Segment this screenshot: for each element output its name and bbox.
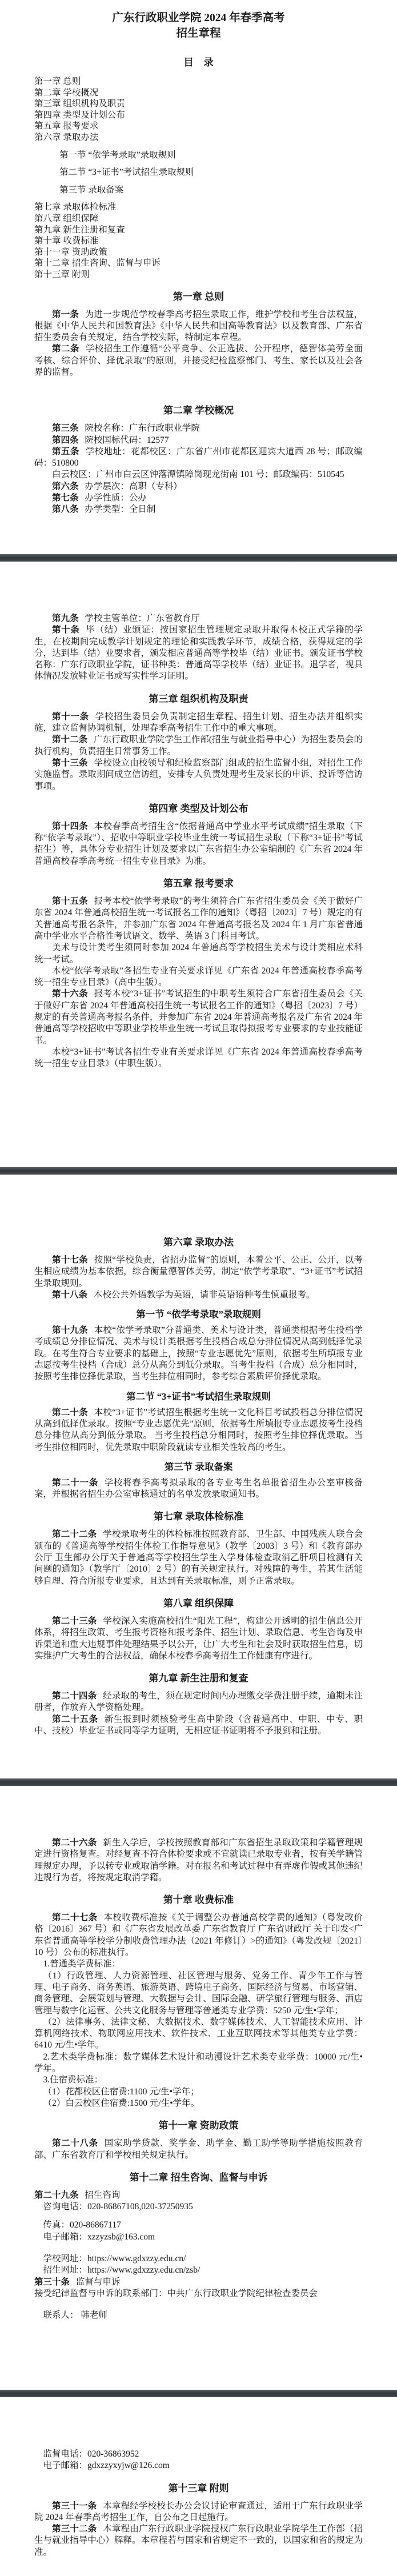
text-line: 监督电话：020-36863952 — [34, 2449, 363, 2460]
text-line: 招生网址：https://www.gdxzzy.edu.cn/zsb/ — [34, 2265, 363, 2276]
paragraph: 2.艺术类学费标准：数字媒体艺术设计和动漫设计艺术类专业学费：10000 元/生… — [34, 2052, 363, 2075]
paragraph-text: 院校名称：广东行政职业学院 — [85, 423, 200, 433]
paragraph: 第十条毕（结）业颁证：按国家招生管理规定录取并取得本校正式学籍的学生，在校期间完… — [34, 624, 363, 682]
paragraph-text: 本校公共外语教学为英语，请非英语语种考生慎重报考。 — [94, 1290, 315, 1300]
paragraph: 第八条办学类型：全日制 — [34, 504, 363, 515]
article-number: 第二十一条 — [52, 1478, 98, 1488]
text-line: 联系人： 韩老师 — [34, 2310, 363, 2321]
article-number: 第二十七条 — [52, 1913, 98, 1922]
paragraph-text: （1）行政管理、人力资源管理、社区管理与服务、党务工作、青少年工作与管理、电子商… — [34, 1971, 363, 2016]
chapter-heading: 第二章 学校概况 — [34, 403, 363, 418]
paragraph: 1.普通类学费标准： — [34, 1958, 363, 1970]
paragraph: 第二十一条学校将春季高考拟录取的各专业考生名单报省招生办公室审核备案，并根据省招… — [34, 1477, 363, 1501]
toc-chapter-item: 第十章 收费标准 — [34, 235, 363, 247]
paragraph: 第十三条学校设立由校领导和纪检监察部门组成的招生监督小组，对招生工作实施监督。录… — [34, 758, 363, 792]
article-number: 第二十八条 — [52, 2138, 98, 2148]
paragraph: （1）花都校区住宿费:1100 元/生•学年； — [34, 2086, 363, 2098]
paragraph: 第六条办学层次：高职（专科） — [34, 481, 363, 492]
paragraph: 第二十三条学校深入实施高校招生“阳光工程”，构建公开透明的招生信息公开体系，将招… — [34, 1616, 363, 1662]
article-number: 第十一条 — [52, 712, 89, 722]
paragraph-text: 院校国标代码：12577 — [85, 435, 169, 445]
paragraph-text: 学校主管单位：广东省教育厅 — [85, 614, 200, 623]
paragraph-text: 3.住宿费标准： — [43, 2075, 103, 2085]
spacer — [34, 2213, 363, 2220]
article-number: 第一条 — [52, 310, 79, 319]
paragraph: 第十二条广东行政职业学院学生工作部(招生与就业指导中心）为招生委员会的执行机构，… — [34, 734, 363, 758]
page-3: 第六章 录取办法第十七条按照“学校负责，省招办监督”的原则，本着公平、公正、公开… — [0, 1175, 397, 1778]
chapter-heading: 第十三章 附则 — [34, 2481, 363, 2496]
text-line: 咨询电话：020-86867108,020-37250935 — [34, 2201, 363, 2213]
toc-chapter-item: 第五章 报考要求 — [34, 121, 363, 132]
page-2: 第九条学校主管单位：广东省教育厅第十条毕（结）业颁证：按国家招生管理规定录取并取… — [0, 562, 397, 1167]
toc-chapter-item: 第十二章 招生咨询、监督与申诉 — [34, 258, 363, 269]
text-line: 接受纪律监督与申诉的联系部门：中共广东行政职业学院纪律检查委员会 — [34, 2288, 363, 2299]
paragraph: 本校“依学考录取”各招生专业有关要求详见《广东省 2024 年普通高校春季高考统… — [34, 966, 363, 989]
article-number: 第九条 — [52, 614, 79, 623]
paragraph: 第二条学校招生工作遵循“公平竞争、公正选拔、公开程序，德智体美劳全面考核、综合评… — [34, 343, 363, 378]
paragraph-text: 为进一步规范学校春季高考招生录取工作，维护学校和考生合法权益，根据《中华人民共和… — [34, 310, 363, 343]
article-number: 第二十条 — [52, 1408, 88, 1417]
paragraph: 白云校区：广州市白云区钟落潭镇障岗现龙街南 101 号；邮政编码：510545 — [34, 469, 363, 480]
article-number: 第二十五条 — [52, 1714, 98, 1724]
chapter-heading: 第四章 类型及计划公布 — [34, 802, 363, 816]
paragraph-text: 学校招生工作遵循“公平竞争、公正选拔、公开程序，德智体美劳全面考核、综合评价、择… — [34, 344, 363, 377]
paragraph: 本校“3+证书”考试各招生专业有关要求详见《广东省 2024 年普通高校春季高考… — [34, 1047, 363, 1070]
paragraph: 3.住宿费标准： — [34, 2074, 363, 2086]
page-separator — [0, 1778, 397, 1786]
page-separator — [0, 1167, 397, 1175]
paragraph: 第三十一条本章程经学校校长办公会议讨论审查通过，适用于广东行政职业学院 2024… — [34, 2501, 363, 2524]
toc-chapter-item: 第一章 总则 — [34, 76, 363, 87]
article-number: 第十五条 — [52, 896, 88, 906]
paragraph-text: 美术与设计类考生须同时参加 2024 年普通高等学校招生美术与设计类相应术科统一… — [34, 943, 363, 964]
paragraph-text: （1）花都校区住宿费:1100 元/生•学年； — [43, 2087, 199, 2097]
paragraph: 第七条办学性质：公办 — [34, 492, 363, 504]
paragraph-text: 招生咨询 — [85, 2190, 120, 2200]
paragraph: （1）行政管理、人力资源管理、社区管理与服务、党务工作、青少年工作与管理、电子商… — [34, 1970, 363, 2017]
paragraph: 第十四条本校春季高考招生含“依据普通高中学业水平考试成绩”招生录取（下称“依学考… — [34, 821, 363, 867]
paragraph-text: 办学类型：全日制 — [85, 504, 155, 514]
paragraph: 第二十四条经录取的考生，须在规定时间内办理缴交学费注册手续，逾期未注册者，作放弃… — [34, 1690, 363, 1714]
document-viewer: 广东行政职业学院 2024 年春季高考招生章程目 录第一章 总则第二章 学校概况… — [0, 0, 397, 2576]
page-4: 第二十六条新生入学后，学校按照教育部和广东省招生录取政策和学籍管理规定进行资格复… — [0, 1786, 397, 2390]
article-number: 第八条 — [52, 504, 79, 514]
text-line: 传真：020-86867117 — [34, 2220, 363, 2231]
article-number: 第三十一条 — [52, 2501, 97, 2511]
article-number: 第四条 — [52, 435, 79, 445]
paragraph: 第三条院校名称：广东行政职业学院 — [34, 423, 363, 434]
article-number: 第六条 — [52, 482, 79, 491]
paragraph: 第三十二条本章程由广东行政职业学院授权广东行政职业学院学生工作部（招生与就业指导… — [34, 2523, 363, 2558]
paragraph: 第二十五条新生报到时须核验考生高中阶段（含普通高中、中职、中专、职中、技校）毕业… — [34, 1714, 363, 1737]
paragraph: 第十一条学校招生委员会负责制定招生章程、招生计划、招生办法并组织实施，建立监督协… — [34, 711, 363, 735]
chapter-heading: 第九章 新生注册和复查 — [34, 1671, 363, 1686]
paragraph: 第四条院校国标代码：12577 — [34, 435, 363, 446]
chapter-heading: 第七章 录取体检标准 — [34, 1509, 363, 1524]
article-number: 第二十三条 — [52, 1616, 97, 1626]
toc-chapter-item: 第二章 学校概况 — [34, 87, 363, 99]
toc-section-item: 第二节 “3+证书”考试招生录取规则 — [59, 167, 363, 178]
paragraph-text: 白云校区：广州市白云区钟落潭镇障岗现龙街南 101 号；邮政编码：510545 — [52, 470, 344, 479]
spacer — [34, 378, 363, 394]
article-number: 第七条 — [52, 493, 79, 503]
toc-chapter-item: 第十一章 资助政策 — [34, 247, 363, 258]
chapter-heading: 第五章 报考要求 — [34, 876, 363, 891]
article-number: 第十八条 — [52, 1290, 87, 1300]
toc-chapter-item: 第三章 组织机构及职责 — [34, 98, 363, 110]
chapter-heading: 第八章 组织保障 — [34, 1596, 363, 1611]
article-number: 第十六条 — [52, 989, 88, 999]
chapter-heading: 第六章 录取办法 — [34, 1235, 363, 1250]
toc-chapter-item: 第八章 组织保障 — [34, 213, 363, 225]
article-number: 第三十二条 — [52, 2524, 97, 2534]
document-title-line: 广东行政职业学院 2024 年春季高考 — [34, 10, 363, 26]
section-heading: 第一节 “依学考录取”录取规则 — [34, 1308, 363, 1321]
paragraph: 第二十七条本校收费标准按《关于调整公办普通高校学费的通知》（粤发改价格〔2016… — [34, 1912, 363, 1958]
article-number: 第二条 — [52, 344, 79, 354]
article-number: 第十四条 — [52, 822, 88, 831]
article-number: 第十条 — [52, 625, 80, 635]
paragraph: 第一条为进一步规范学校春季高考招生录取工作，维护学校和考生合法权益，根据《中华人… — [34, 309, 363, 344]
text-line: 电子邮箱：xzzyzsb@163.com — [34, 2232, 363, 2243]
article-number: 第十九条 — [52, 1325, 88, 1335]
paragraph: 第五条学校地址：花都校区：广东省广州市花都区迎宾大道西 28 号；邮政编码：51… — [34, 446, 363, 470]
toc-section-item: 第一节 “依学考录取”录取规则 — [59, 150, 363, 161]
article-number: 第二十四条 — [52, 1691, 97, 1701]
paragraph-text: 毕（结）业颁证：按国家招生管理规定录取并取得本校正式学籍的学生，在校期间完成教学… — [34, 625, 363, 681]
paragraph-text: （2）法律事务、法律文秘、大数据技术、数字媒体技术、人工智能技术应用、计算机网络… — [34, 2017, 363, 2050]
paragraph: 第十八条本校公共外语教学为英语，请非英语语种考生慎重报考。 — [34, 1289, 363, 1301]
paragraph: 第二十二条学校录取考生的体检标准按照教育部、卫生部、中国残疾人联合会颁布的《普通… — [34, 1529, 363, 1587]
article-number: 第五条 — [52, 447, 79, 456]
chapter-heading: 第三章 组织机构及职责 — [34, 692, 363, 707]
paragraph-text: 本校“依学考录取”各招生专业有关要求详见《广东省 2024 年普通高校春季高考统… — [34, 966, 363, 987]
section-heading: 第三节 录取备案 — [34, 1460, 363, 1474]
document-title: 广东行政职业学院 2024 年春季高考招生章程 — [34, 8, 363, 41]
paragraph: 第十七条按照“学校负责，省招办监督”的原则，本着公平、公正、公开，以考生相应成绩… — [34, 1255, 363, 1289]
paragraph-text: 1.普通类学费标准： — [43, 1959, 121, 1969]
toc-chapter-item: 第十三章 附则 — [34, 269, 363, 281]
paragraph: 美术与设计类考生须同时参加 2024 年普通高等学校招生美术与设计类相应术科统一… — [34, 942, 363, 966]
page-5: 监督电话：020-36863952电子邮箱：gdxzzyxyjw@126.com… — [0, 2397, 397, 2576]
chapter-heading: 第十一章 资助政策 — [34, 2118, 363, 2133]
document-title-line: 招生章程 — [34, 26, 363, 41]
article-number: 第三条 — [52, 423, 79, 433]
paragraph: 第二十六条新生入学后，学校按照教育部和广东省招生录取政策和学籍管理规定进行资格复… — [34, 1837, 363, 1884]
paragraph: 第二十八条国家助学贷款、奖学金、助学金、勤工助学等助学措施按照教育部、广东省教育… — [34, 2138, 363, 2161]
page-separator — [0, 554, 397, 562]
spacer — [34, 2299, 363, 2310]
chapter-heading: 第一章 总则 — [34, 290, 363, 305]
article-number: 第十二条 — [52, 735, 87, 744]
section-heading: 第二节 “3+证书”考试招生录取规则 — [34, 1390, 363, 1404]
paragraph: （2）白云校区住宿费:1500 元/生•学年。 — [34, 2098, 363, 2109]
article-number: 第二十二条 — [52, 1529, 97, 1539]
toc-chapter-item: 第六章 录取办法 — [34, 132, 363, 143]
article-number: 第十七条 — [52, 1255, 88, 1265]
paragraph-text: （2）白云校区住宿费:1500 元/生•学年。 — [43, 2098, 200, 2108]
toc-chapter-item: 第四章 类型及计划公布 — [34, 110, 363, 121]
toc-chapter-item: 第七章 录取体检标准 — [34, 202, 363, 213]
paragraph-text: 办学层次：高职（专科） — [85, 482, 182, 491]
paragraph: （2）法律事务、法律文秘、大数据技术、数字媒体技术、人工智能技术应用、计算机网络… — [34, 2017, 363, 2052]
paragraph-text: 监督与申诉 — [76, 2277, 121, 2287]
chapter-heading: 第十二章 招生咨询、监督与申诉 — [34, 2170, 363, 2185]
chapter-heading: 第十章 收费标准 — [34, 1893, 363, 1908]
paragraph: 第二十九条招生咨询 — [34, 2190, 363, 2201]
paragraph-text: 本校“3+证书”考试各招生专业有关要求详见《广东省 2024 年普通高校春季高考… — [34, 1047, 363, 1068]
article-number: 第十三条 — [52, 758, 88, 768]
paragraph-text: 2.艺术类学费标准：数字媒体艺术设计和动漫设计艺术类专业学费：10000 元/生… — [34, 2052, 363, 2073]
paragraph: 第十五条报考本校“依学考录取”的考生须符合广东省招生委员会《关于做好广东省 20… — [34, 896, 363, 942]
toc-chapter-item: 第九章 新生注册和复查 — [34, 225, 363, 236]
paragraph: 第九条学校主管单位：广东省教育厅 — [34, 613, 363, 624]
paragraph-text: 办学性质：公办 — [85, 493, 147, 503]
page-separator — [0, 2390, 397, 2397]
paragraph: 第三十条监督与申诉 — [34, 2277, 363, 2288]
toc-section-item: 第三节 录取备案 — [59, 185, 363, 196]
article-number: 第三十条 — [34, 2277, 70, 2287]
text-line: 电子邮箱：gdxzzyxyjw@126.com — [34, 2460, 363, 2471]
toc-title: 目 录 — [34, 55, 363, 69]
paragraph: 第二十条本校“3+证书”考试招生根据考生统一文化科目考试投档总分排位情况从高到低… — [34, 1407, 363, 1453]
paragraph: 第十九条本校“依学考录取”分普通类、美术与设计类，普通类根据考生投档学考成绩总分… — [34, 1325, 363, 1383]
article-number: 第二十六条 — [52, 1838, 97, 1848]
page-1: 广东行政职业学院 2024 年春季高考招生章程目 录第一章 总则第二章 学校概况… — [0, 0, 397, 554]
article-number: 第二十九条 — [34, 2190, 79, 2200]
paragraph-text: 学校地址：花都校区：广东省广州市花都区迎宾大道西 28 号；邮政编码：51080… — [34, 447, 363, 468]
spacer — [34, 2243, 363, 2253]
text-line: 学校网址：https://www.gdxzzy.edu.cn/ — [34, 2253, 363, 2265]
paragraph: 第十六条报考本校“3+证书”考试招生的中职考生须符合广东省招生委员会《关于做好广… — [34, 988, 363, 1046]
